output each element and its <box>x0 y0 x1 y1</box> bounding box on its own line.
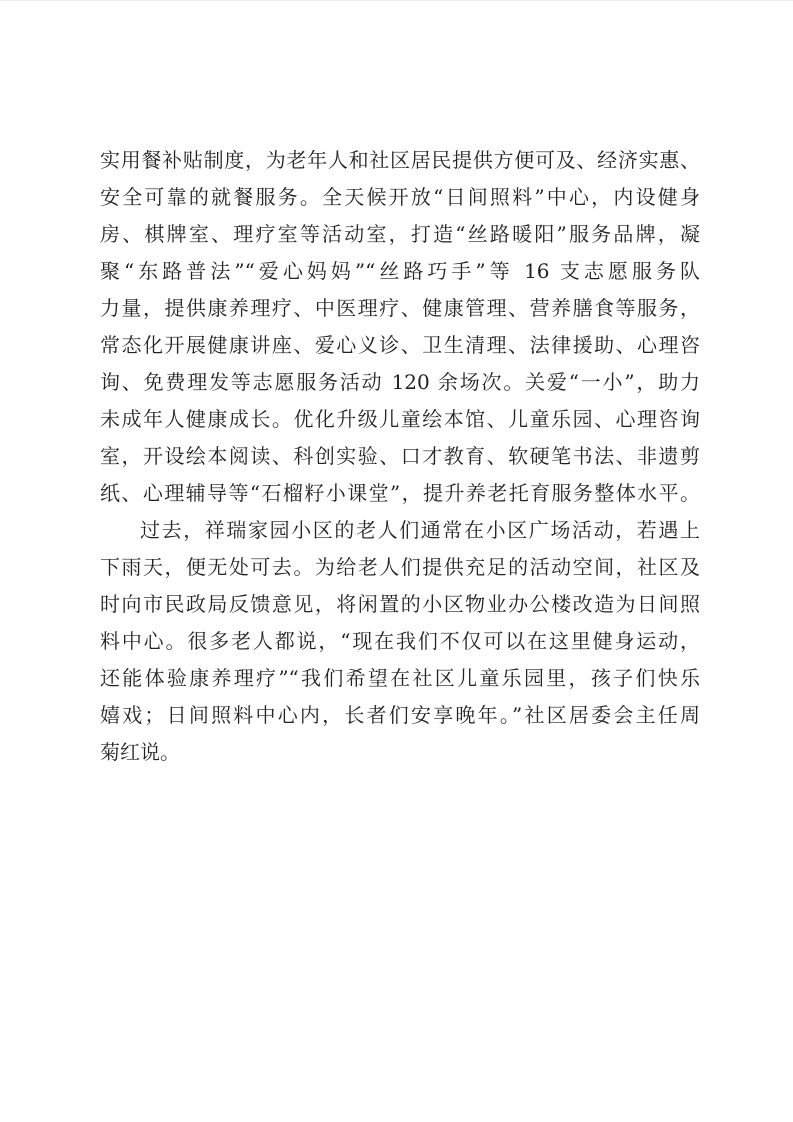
text-line: 嬉戏；日间照料中心内，长者们安享晚年。”社区居委会主任周 <box>100 697 700 734</box>
document-page: 实用餐补贴制度，为老年人和社区居民提供方便可及、经济实惠、 安全可靠的就餐服务。… <box>0 0 793 1122</box>
paragraph-1: 实用餐补贴制度，为老年人和社区居民提供方便可及、经济实惠、 安全可靠的就餐服务。… <box>100 142 700 512</box>
text-line: 未成年人健康成长。优化升级儿童绘本馆、儿童乐园、心理咨询 <box>100 401 700 438</box>
text-line: 还能体验康养理疗”“我们希望在社区儿童乐园里，孩子们快乐 <box>100 660 700 697</box>
text-line: 房、棋牌室、理疗室等活动室，打造“丝路暖阳”服务品牌，凝 <box>100 216 700 253</box>
paragraph-2: 过去，祥瑞家园小区的老人们通常在小区广场活动，若遇上 下雨天，便无处可去。为给老… <box>100 512 700 771</box>
text-block: 实用餐补贴制度，为老年人和社区居民提供方便可及、经济实惠、 安全可靠的就餐服务。… <box>100 142 700 771</box>
text-line: 菊红说。 <box>100 734 700 771</box>
text-line: 常态化开展健康讲座、爱心义诊、卫生清理、法律援助、心理咨 <box>100 327 700 364</box>
text-line: 聚“东路普法”“爱心妈妈”“丝路巧手”等 16 支志愿服务队 <box>100 253 700 290</box>
text-line: 室，开设绘本阅读、科创实验、口才教育、软硬笔书法、非遗剪 <box>100 438 700 475</box>
text-line: 力量，提供康养理疗、中医理疗、健康管理、营养膳食等服务， <box>100 290 700 327</box>
text-line: 过去，祥瑞家园小区的老人们通常在小区广场活动，若遇上 <box>100 512 700 549</box>
text-line: 时向市民政局反馈意见，将闲置的小区物业办公楼改造为日间照 <box>100 586 700 623</box>
text-line: 询、免费理发等志愿服务活动 120 余场次。关爱“一小”，助力 <box>100 364 700 401</box>
text-line: 料中心。很多老人都说，“现在我们不仅可以在这里健身运动， <box>100 623 700 660</box>
text-line: 下雨天，便无处可去。为给老人们提供充足的活动空间，社区及 <box>100 549 700 586</box>
text-line: 纸、心理辅导等“石榴籽小课堂”，提升养老托育服务整体水平。 <box>100 475 700 512</box>
text-line: 安全可靠的就餐服务。全天候开放“日间照料”中心，内设健身 <box>100 179 700 216</box>
text-line: 实用餐补贴制度，为老年人和社区居民提供方便可及、经济实惠、 <box>100 142 700 179</box>
